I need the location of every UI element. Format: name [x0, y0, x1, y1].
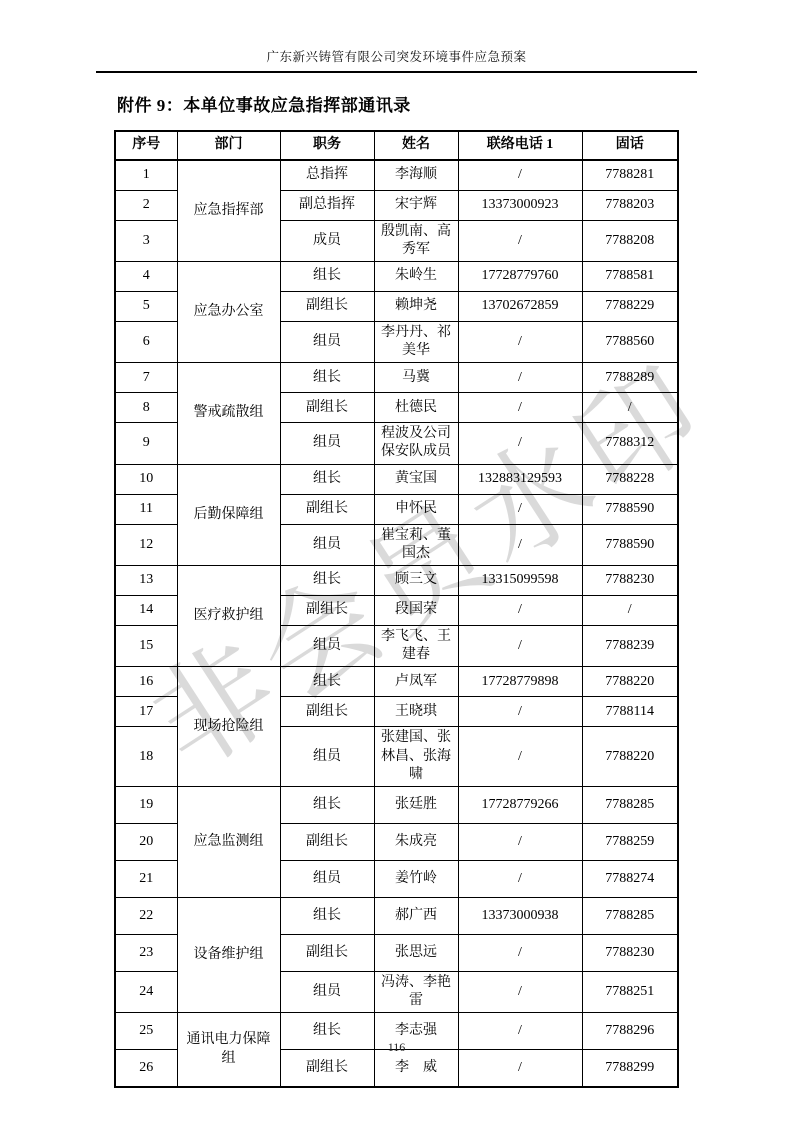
document-header: 广东新兴铸管有限公司突发环境事件应急预案 [0, 47, 793, 65]
cell-no: 2 [115, 190, 177, 220]
cell-name: 朱成亮 [374, 823, 458, 860]
cell-position: 组员 [280, 860, 374, 897]
cell-name: 赖坤尧 [374, 291, 458, 321]
contact-table: 序号部门职务姓名联络电话 1固话 1应急指挥部总指挥李海顺/77882812副总… [114, 130, 679, 1088]
cell-name: 郝广西 [374, 897, 458, 934]
cell-position: 副组长 [280, 596, 374, 626]
cell-phone: / [458, 363, 582, 393]
cell-name: 张廷胜 [374, 786, 458, 823]
cell-position: 副组长 [280, 697, 374, 727]
cell-name: 崔宝莉、董国杰 [374, 524, 458, 565]
cell-position: 组长 [280, 786, 374, 823]
cell-name: 李海顺 [374, 160, 458, 190]
table-row: 7警戒疏散组组长马冀/7788289 [115, 363, 678, 393]
cell-no: 17 [115, 697, 177, 727]
cell-position: 组长 [280, 464, 374, 494]
cell-position: 副组长 [280, 934, 374, 971]
column-header-2: 职务 [280, 131, 374, 160]
cell-phone: / [458, 321, 582, 362]
table-row: 10后勤保障组组长黄宝国1328831295937788228 [115, 464, 678, 494]
cell-position: 组员 [280, 321, 374, 362]
cell-phone: / [458, 860, 582, 897]
cell-name: 王晓琪 [374, 697, 458, 727]
column-header-1: 部门 [177, 131, 280, 160]
cell-landline: 7788560 [582, 321, 678, 362]
cell-no: 15 [115, 626, 177, 667]
cell-position: 组员 [280, 423, 374, 464]
cell-name: 段国荣 [374, 596, 458, 626]
cell-phone: / [458, 971, 582, 1012]
cell-phone: 13373000938 [458, 897, 582, 934]
cell-phone: 13373000923 [458, 190, 582, 220]
cell-name: 黄宝国 [374, 464, 458, 494]
cell-landline: / [582, 393, 678, 423]
table-body: 1应急指挥部总指挥李海顺/77882812副总指挥宋宇辉133730009237… [115, 160, 678, 1087]
cell-no: 3 [115, 220, 177, 261]
cell-position: 副组长 [280, 823, 374, 860]
cell-no: 12 [115, 524, 177, 565]
cell-phone: / [458, 934, 582, 971]
cell-no: 7 [115, 363, 177, 393]
document-page: 广东新兴铸管有限公司突发环境事件应急预案 附件 9：本单位事故应急指挥部通讯录 … [0, 0, 793, 1122]
cell-name: 姜竹岭 [374, 860, 458, 897]
cell-landline: 7788203 [582, 190, 678, 220]
cell-phone: / [458, 727, 582, 787]
cell-position: 组长 [280, 566, 374, 596]
cell-no: 20 [115, 823, 177, 860]
cell-no: 11 [115, 494, 177, 524]
cell-department: 设备维护组 [177, 897, 280, 1012]
cell-no: 5 [115, 291, 177, 321]
cell-no: 18 [115, 727, 177, 787]
cell-position: 副总指挥 [280, 190, 374, 220]
column-header-0: 序号 [115, 131, 177, 160]
cell-landline: 7788590 [582, 524, 678, 565]
cell-landline: 7788581 [582, 261, 678, 291]
cell-landline: 7788281 [582, 160, 678, 190]
cell-name: 卢凤军 [374, 667, 458, 697]
table-row: 19应急监测组组长张廷胜177287792667788285 [115, 786, 678, 823]
cell-phone: / [458, 524, 582, 565]
cell-phone: / [458, 1050, 582, 1087]
cell-landline: 7788220 [582, 727, 678, 787]
cell-name: 李丹丹、祁美华 [374, 321, 458, 362]
table-row: 1应急指挥部总指挥李海顺/7788281 [115, 160, 678, 190]
column-header-4: 联络电话 1 [458, 131, 582, 160]
cell-landline: 7788285 [582, 786, 678, 823]
cell-position: 组长 [280, 667, 374, 697]
cell-landline: / [582, 596, 678, 626]
cell-department: 应急指挥部 [177, 160, 280, 261]
cell-phone: 13702672859 [458, 291, 582, 321]
cell-phone: / [458, 494, 582, 524]
cell-no: 22 [115, 897, 177, 934]
cell-phone: / [458, 423, 582, 464]
cell-phone: / [458, 596, 582, 626]
cell-landline: 7788220 [582, 667, 678, 697]
cell-landline: 7788251 [582, 971, 678, 1012]
cell-name: 李 威 [374, 1050, 458, 1087]
cell-name: 申怀民 [374, 494, 458, 524]
cell-department: 应急监测组 [177, 786, 280, 897]
cell-position: 副组长 [280, 393, 374, 423]
cell-name: 冯涛、李艳雷 [374, 971, 458, 1012]
cell-no: 13 [115, 566, 177, 596]
cell-landline: 7788208 [582, 220, 678, 261]
cell-landline: 7788274 [582, 860, 678, 897]
cell-phone: / [458, 626, 582, 667]
cell-name: 张建国、张林昌、张海啸 [374, 727, 458, 787]
cell-no: 1 [115, 160, 177, 190]
cell-phone: 17728779266 [458, 786, 582, 823]
cell-phone: / [458, 160, 582, 190]
cell-department: 警戒疏散组 [177, 363, 280, 464]
cell-landline: 7788239 [582, 626, 678, 667]
cell-position: 副组长 [280, 494, 374, 524]
cell-landline: 7788230 [582, 566, 678, 596]
cell-no: 8 [115, 393, 177, 423]
table-row: 13医疗救护组组长顾三文133150995987788230 [115, 566, 678, 596]
cell-phone: 17728779898 [458, 667, 582, 697]
column-header-5: 固话 [582, 131, 678, 160]
cell-landline: 7788590 [582, 494, 678, 524]
cell-name: 张思远 [374, 934, 458, 971]
cell-position: 组员 [280, 727, 374, 787]
cell-no: 9 [115, 423, 177, 464]
cell-no: 24 [115, 971, 177, 1012]
cell-name: 殷凯南、高秀军 [374, 220, 458, 261]
table-header: 序号部门职务姓名联络电话 1固话 [115, 131, 678, 160]
cell-no: 14 [115, 596, 177, 626]
cell-name: 程波及公司保安队成员 [374, 423, 458, 464]
cell-phone: / [458, 697, 582, 727]
cell-phone: / [458, 823, 582, 860]
cell-landline: 7788229 [582, 291, 678, 321]
cell-position: 组员 [280, 971, 374, 1012]
cell-no: 23 [115, 934, 177, 971]
cell-department: 后勤保障组 [177, 464, 280, 565]
cell-phone: / [458, 220, 582, 261]
cell-phone: 13315099598 [458, 566, 582, 596]
cell-no: 26 [115, 1050, 177, 1087]
table-header-row: 序号部门职务姓名联络电话 1固话 [115, 131, 678, 160]
header-divider [96, 71, 697, 73]
cell-no: 16 [115, 667, 177, 697]
cell-position: 组员 [280, 524, 374, 565]
cell-position: 组长 [280, 363, 374, 393]
cell-department: 医疗救护组 [177, 566, 280, 667]
cell-no: 6 [115, 321, 177, 362]
cell-name: 李飞飞、王建春 [374, 626, 458, 667]
cell-name: 朱岭生 [374, 261, 458, 291]
cell-position: 成员 [280, 220, 374, 261]
cell-department: 现场抢险组 [177, 667, 280, 787]
table-row: 22设备维护组组长郝广西133730009387788285 [115, 897, 678, 934]
cell-position: 总指挥 [280, 160, 374, 190]
cell-landline: 7788114 [582, 697, 678, 727]
cell-phone: / [458, 393, 582, 423]
cell-no: 4 [115, 261, 177, 291]
cell-phone: 132883129593 [458, 464, 582, 494]
cell-position: 组长 [280, 261, 374, 291]
cell-department: 应急办公室 [177, 261, 280, 362]
cell-position: 组员 [280, 626, 374, 667]
cell-landline: 7788289 [582, 363, 678, 393]
cell-position: 副组长 [280, 1050, 374, 1087]
cell-no: 21 [115, 860, 177, 897]
cell-landline: 7788230 [582, 934, 678, 971]
cell-phone: 17728779760 [458, 261, 582, 291]
page-title: 附件 9：本单位事故应急指挥部通讯录 [117, 91, 411, 116]
cell-landline: 7788259 [582, 823, 678, 860]
cell-position: 副组长 [280, 291, 374, 321]
cell-landline: 7788228 [582, 464, 678, 494]
column-header-3: 姓名 [374, 131, 458, 160]
table-row: 16现场抢险组组长卢凤军177287798987788220 [115, 667, 678, 697]
cell-name: 马冀 [374, 363, 458, 393]
cell-name: 顾三文 [374, 566, 458, 596]
cell-position: 组长 [280, 897, 374, 934]
page-number: 116 [0, 1040, 793, 1055]
table-row: 4应急办公室组长朱岭生177287797607788581 [115, 261, 678, 291]
cell-no: 19 [115, 786, 177, 823]
cell-landline: 7788299 [582, 1050, 678, 1087]
cell-no: 10 [115, 464, 177, 494]
cell-landline: 7788312 [582, 423, 678, 464]
cell-landline: 7788285 [582, 897, 678, 934]
cell-name: 宋宇辉 [374, 190, 458, 220]
cell-name: 杜德民 [374, 393, 458, 423]
